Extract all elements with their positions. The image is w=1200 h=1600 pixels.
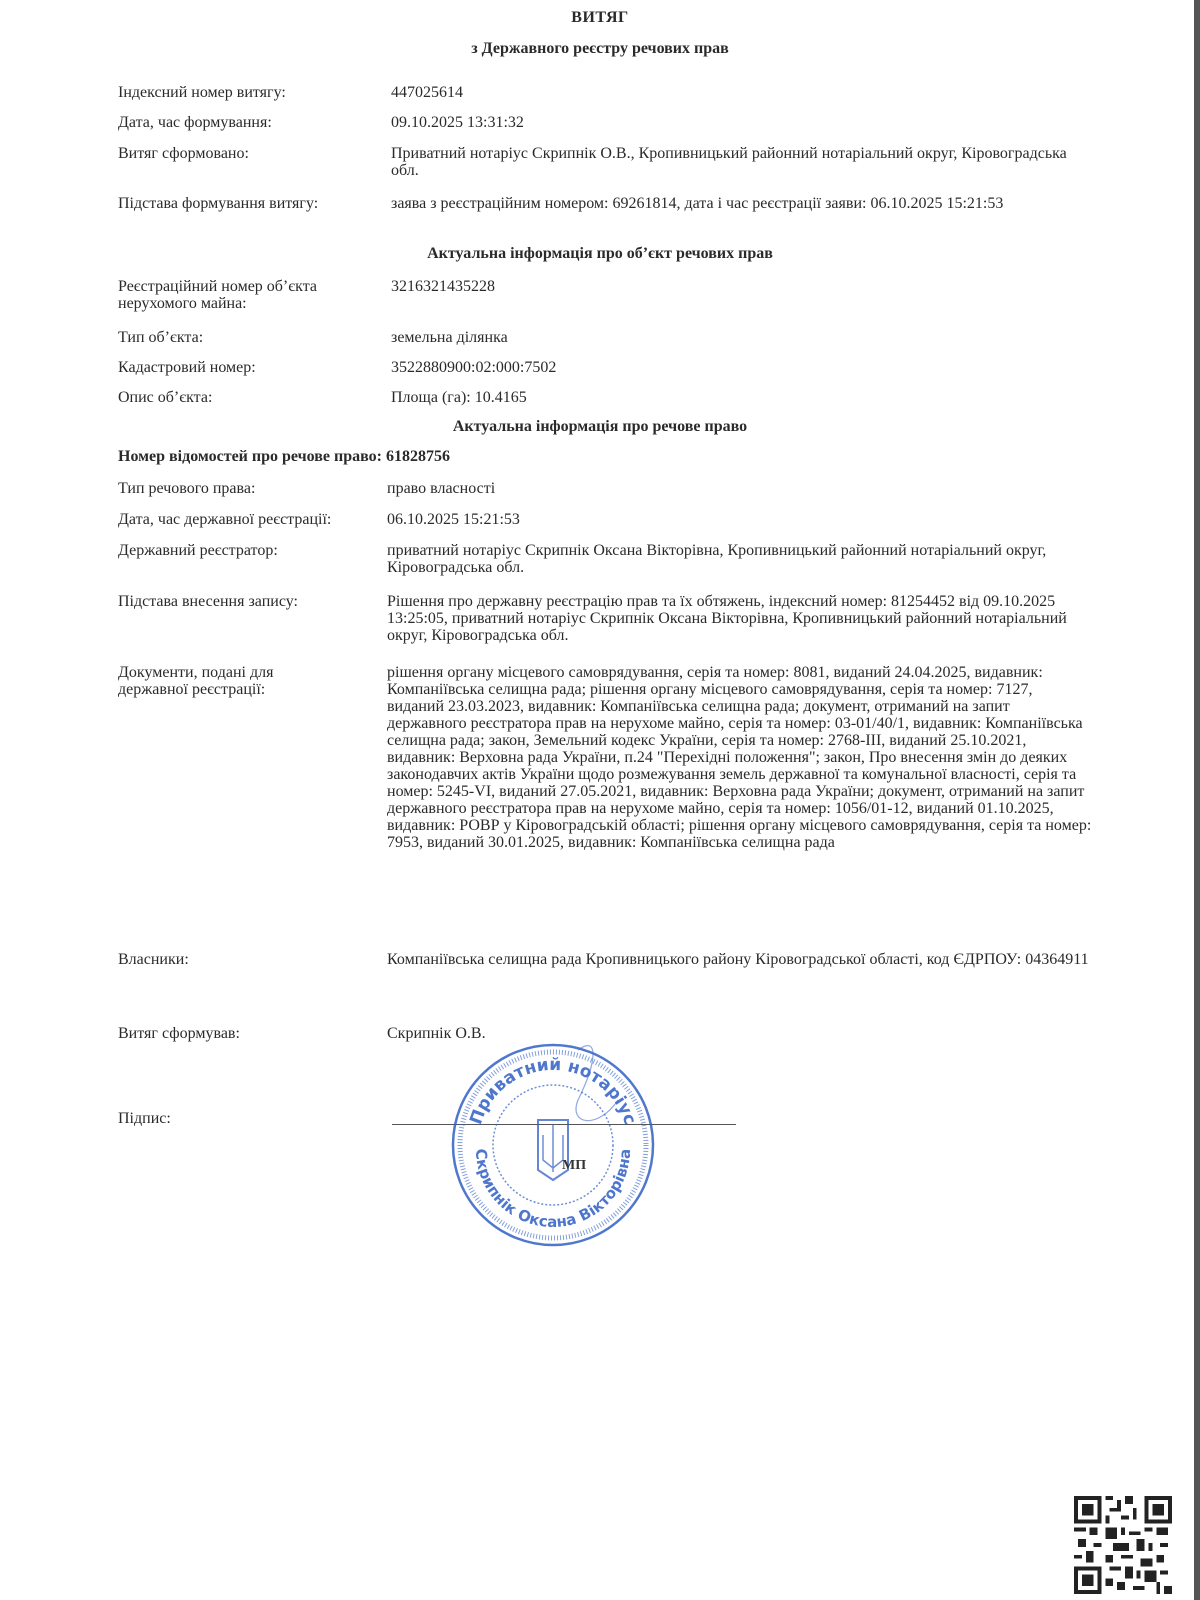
scan-edge	[1194, 0, 1200, 1600]
field-label: Індексний номер витягу:	[118, 84, 388, 101]
qr-code-icon	[1074, 1496, 1172, 1594]
field-value: 3216321435228	[391, 278, 1091, 295]
field-value: рішення органу місцевого самоврядування,…	[387, 664, 1092, 851]
seal-mark: МП	[562, 1158, 586, 1174]
field-value: земельна ділянка	[391, 329, 1091, 346]
field-value: 09.10.2025 13:31:32	[391, 114, 1091, 131]
field-label: Підпис:	[118, 1110, 388, 1127]
field-value: 447025614	[391, 84, 1091, 101]
document-subtitle: з Державного реєстру речових прав	[0, 40, 1200, 58]
field-label: Підстава формування витягу:	[118, 195, 388, 212]
field-label: Тип об’єкта:	[118, 329, 388, 346]
field-label: Підстава внесення запису:	[118, 593, 388, 610]
field-label: Дата, час формування:	[118, 114, 388, 131]
field-label: Документи, подані для державної реєстрац…	[118, 664, 338, 698]
field-value: Приватний нотаріус Скрипнік О.В., Кропив…	[391, 145, 1091, 179]
object-section-heading: Актуальна інформація про об’єкт речових …	[0, 245, 1200, 263]
field-label: Власники:	[118, 951, 388, 968]
field-label: Опис об’єкта:	[118, 389, 388, 406]
field-value: 3522880900:02:000:7502	[391, 359, 1091, 376]
field-label: Тип речового права:	[118, 480, 388, 497]
field-label: Витяг сформовано:	[118, 145, 388, 162]
field-label: Витяг сформував:	[118, 1025, 388, 1042]
notary-stamp-icon: Приватний нотаріус Скрипнік Оксана Вікто…	[448, 1040, 658, 1250]
field-value: право власності	[387, 480, 1087, 497]
right-section-heading: Актуальна інформація про речове право	[0, 418, 1200, 436]
field-value: Площа (га): 10.4165	[391, 389, 1091, 406]
document-title: ВИТЯГ	[0, 9, 1200, 27]
right-record-number: Номер відомостей про речове право: 61828…	[118, 448, 450, 466]
field-label: Реєстраційний номер об’єкта нерухомого м…	[118, 278, 368, 312]
field-value: 06.10.2025 15:21:53	[387, 511, 1087, 528]
field-value: приватний нотаріус Скрипнік Оксана Вікто…	[387, 542, 1077, 576]
field-value: заява з реєстраційним номером: 69261814,…	[391, 195, 1091, 212]
field-label: Державний реєстратор:	[118, 542, 388, 559]
field-value: Рішення про державну реєстрацію прав та …	[387, 593, 1087, 644]
field-value: Компаніївська селищна рада Кропивницьког…	[387, 951, 1092, 968]
field-label: Кадастровий номер:	[118, 359, 388, 376]
field-label: Дата, час державної реєстрації:	[118, 511, 388, 528]
